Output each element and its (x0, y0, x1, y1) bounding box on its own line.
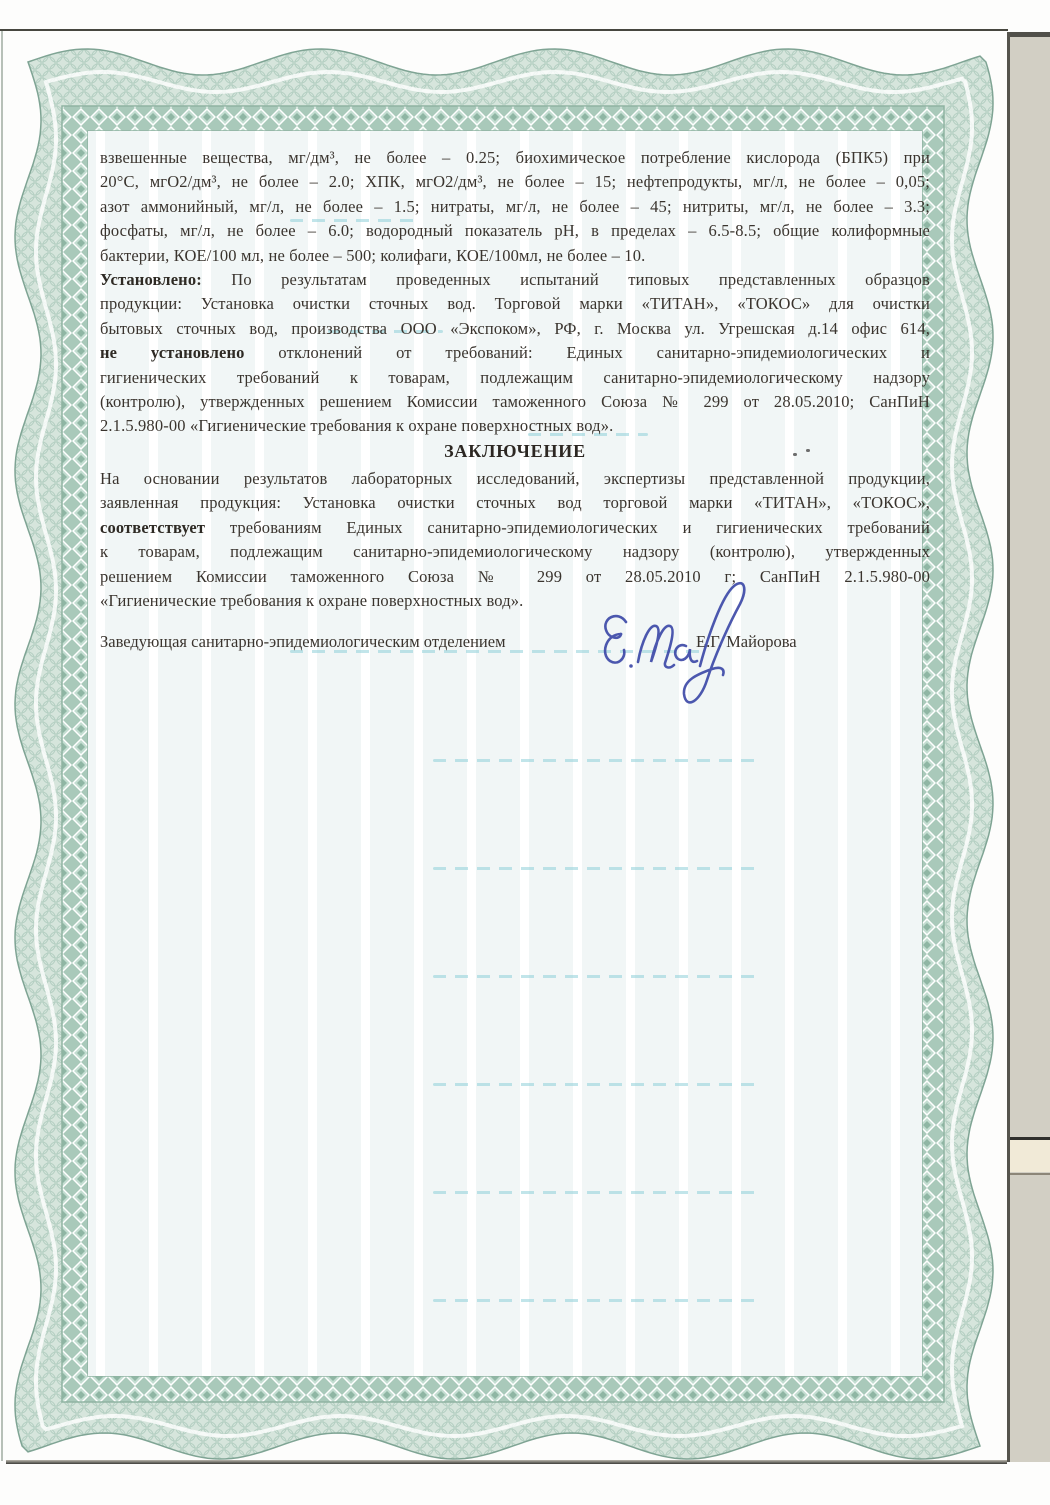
strip-top-cap (1010, 32, 1050, 37)
strip-thin-line (1010, 1173, 1050, 1175)
scanned-certificate-page: взвешенные вещества, мг/дм³, не более – … (0, 0, 1050, 1505)
text-run: На основании результатов лабораторных ис… (100, 469, 930, 488)
signature-label: Заведующая санитарно-эпидемиологическим … (100, 632, 506, 652)
text-run: гигиенических требований к товарам, подл… (100, 368, 930, 387)
bold-run: соответствует (100, 518, 205, 537)
text-run: взвешенные вещества, мг/дм³, не более – … (100, 148, 930, 167)
text-line: Установлено: По результатам проведенных … (100, 268, 930, 292)
text-run: требованиям Единых санитарно-эпидемиолог… (205, 518, 930, 537)
security-line (433, 759, 763, 762)
text-run: к товарам, подлежащим санитарно-эпидемио… (100, 542, 930, 561)
text-run: 2.1.5.980-00 «Гигиенические требования к… (100, 416, 613, 435)
text-line: На основании результатов лабораторных ис… (100, 467, 930, 491)
text-line: к товарам, подлежащим санитарно-эпидемио… (100, 540, 930, 564)
text-line: соответствует требованиям Единых санитар… (100, 516, 930, 540)
text-line: решением Комиссии таможенного Союза № 29… (100, 565, 930, 589)
security-line (433, 867, 763, 870)
text-run: (контролю), утвержденных решением Комисс… (100, 392, 930, 411)
text-run: фосфаты, мг/л, не более – 6.0; водородны… (100, 221, 930, 240)
text-line: (контролю), утвержденных решением Комисс… (100, 390, 930, 414)
paragraph-water-limits-and-findings: взвешенные вещества, мг/дм³, не более – … (100, 146, 930, 439)
bold-run: Установлено: (100, 270, 202, 289)
text-line: взвешенные вещества, мг/дм³, не более – … (100, 146, 930, 170)
text-run: азот аммонийный, мг/л, не более – 1.5; н… (100, 197, 930, 216)
text-run: решением Комиссии таможенного Союза № 29… (100, 567, 930, 586)
text-line: гигиенических требований к товарам, подл… (100, 366, 930, 390)
signature-stroke (638, 626, 674, 668)
text-line: фосфаты, мг/л, не более – 6.0; водородны… (100, 219, 930, 243)
security-line (433, 1191, 763, 1194)
text-line: азот аммонийный, мг/л, не более – 1.5; н… (100, 195, 930, 219)
text-run: продукции: Установка очистки сточных вод… (100, 294, 930, 313)
security-line (433, 1083, 763, 1086)
strip-cream-band (1010, 1140, 1050, 1172)
text-run: «Гигиенические требования к охране повер… (100, 591, 523, 610)
text-line: бытовых сточных вод, производства ООО «Э… (100, 317, 930, 341)
text-line: 2.1.5.980-00 «Гигиенические требования к… (100, 414, 930, 438)
paragraph-conclusion: На основании результатов лабораторных ис… (100, 467, 930, 613)
text-run: заявленная продукция: Установка очистки … (100, 493, 930, 512)
text-line: «Гигиенические требования к охране повер… (100, 589, 930, 613)
scan-left-edge-line (1, 31, 3, 1461)
security-line (433, 975, 763, 978)
text-line: 20°С, мгО2/дм³, не более – 2.0; ХПК, мгО… (100, 170, 930, 194)
text-line: бактерии, КОЕ/100 мл, не более – 500; ко… (100, 244, 930, 268)
signature-stroke (684, 583, 744, 702)
bold-run: не установлено (100, 343, 245, 362)
text-run: отклонений от требований: Единых санитар… (245, 343, 930, 362)
signature-stroke (675, 645, 697, 662)
scan-top-edge-line (0, 29, 1008, 31)
text-run: 20°С, мгО2/дм³, не более – 2.0; ХПК, мгО… (100, 172, 930, 191)
text-run: бактерии, КОЕ/100 мл, не более – 500; ко… (100, 246, 645, 265)
scan-bottom-edge-line (6, 1460, 1007, 1464)
security-line (433, 1299, 763, 1302)
text-line: не установлено отклонений от требований:… (100, 341, 930, 365)
text-run: бытовых сточных вод, производства ООО «Э… (100, 319, 930, 338)
scanner-edge-strip (1007, 32, 1050, 1462)
signature-dot (629, 664, 633, 668)
conclusion-heading: ЗАКЛЮЧЕНИЕ (100, 439, 930, 464)
text-line: продукции: Установка очистки сточных вод… (100, 292, 930, 316)
signature-ink (594, 578, 764, 728)
text-run: По результатам проведенных испытаний тип… (202, 270, 930, 289)
text-line: заявленная продукция: Установка очистки … (100, 491, 930, 515)
